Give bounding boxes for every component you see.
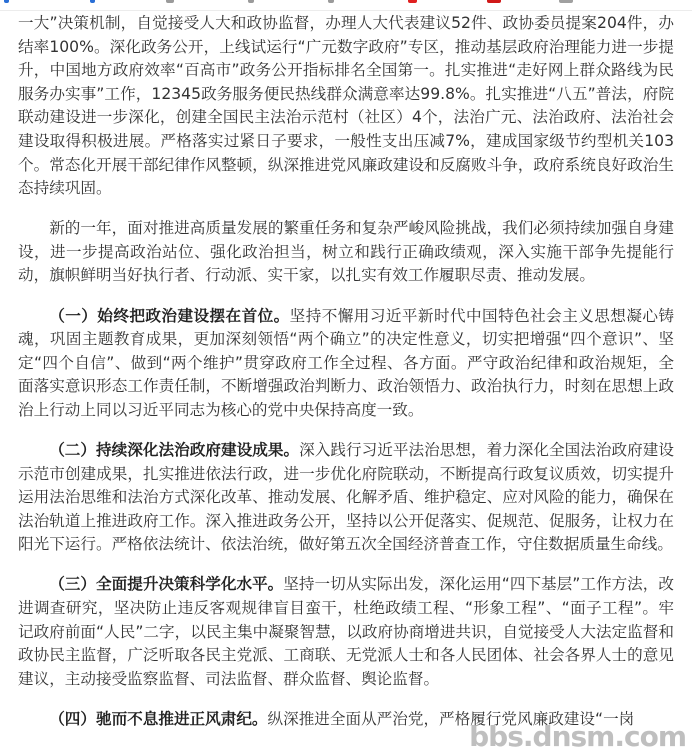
site-watermark: bbs.dnsm.com xyxy=(469,722,686,752)
toolbar-icon-6-icon[interactable] xyxy=(408,0,417,3)
article-section-1: （一）始终把政治建设摆在首位。坚持不懈用习近平新时代中国特色社会主义思想凝心铸魂… xyxy=(18,305,674,423)
paragraph-text: 一大”决策机制，自觉接受人大和政协监督，办理人大代表建议52件、政协委员提案20… xyxy=(18,14,674,197)
section-heading: （一）始终把政治建设摆在首位。 xyxy=(49,307,289,325)
article-section-3: （三）全面提升决策科学化水平。坚持一切从实际出发，深化运用“四下基层”工作方法，… xyxy=(18,573,674,691)
toolbar-icon-2-icon[interactable] xyxy=(90,0,95,3)
toolbar-icon-5-icon[interactable] xyxy=(328,0,334,3)
toolbar-icon-7-icon[interactable] xyxy=(487,0,501,3)
paragraph-text: 新的一年，面对推进高质量发展的繁重任务和复杂严峻风险挑战，我们必须持续加强自身建… xyxy=(18,219,674,284)
article-section-2: （二）持续深化法治政府建设成果。深入践行习近平法治思想，着力深化全国法治政府建设… xyxy=(18,439,674,557)
section-heading: （三）全面提升决策科学化水平。 xyxy=(49,575,283,593)
section-heading: （二）持续深化法治政府建设成果。 xyxy=(49,441,299,459)
section-heading: （四）驰而不息推进正风肃纪。 xyxy=(49,710,267,728)
article-paragraph-2: 新的一年，面对推进高质量发展的繁重任务和复杂严峻风险挑战，我们必须持续加强自身建… xyxy=(18,217,674,288)
browser-toolbar-strip xyxy=(0,0,692,11)
toolbar-icon-8-icon[interactable] xyxy=(559,0,573,3)
article-paragraph-1: 一大”决策机制，自觉接受人大和政协监督，办理人大代表建议52件、政协委员提案20… xyxy=(18,12,674,201)
toolbar-icon-3-icon[interactable] xyxy=(166,0,174,3)
article-body: 一大”决策机制，自觉接受人大和政协监督，办理人大代表建议52件、政协委员提案20… xyxy=(18,12,674,748)
toolbar-icon-1-icon[interactable] xyxy=(4,0,9,3)
toolbar-icon-4-icon[interactable] xyxy=(248,0,254,3)
